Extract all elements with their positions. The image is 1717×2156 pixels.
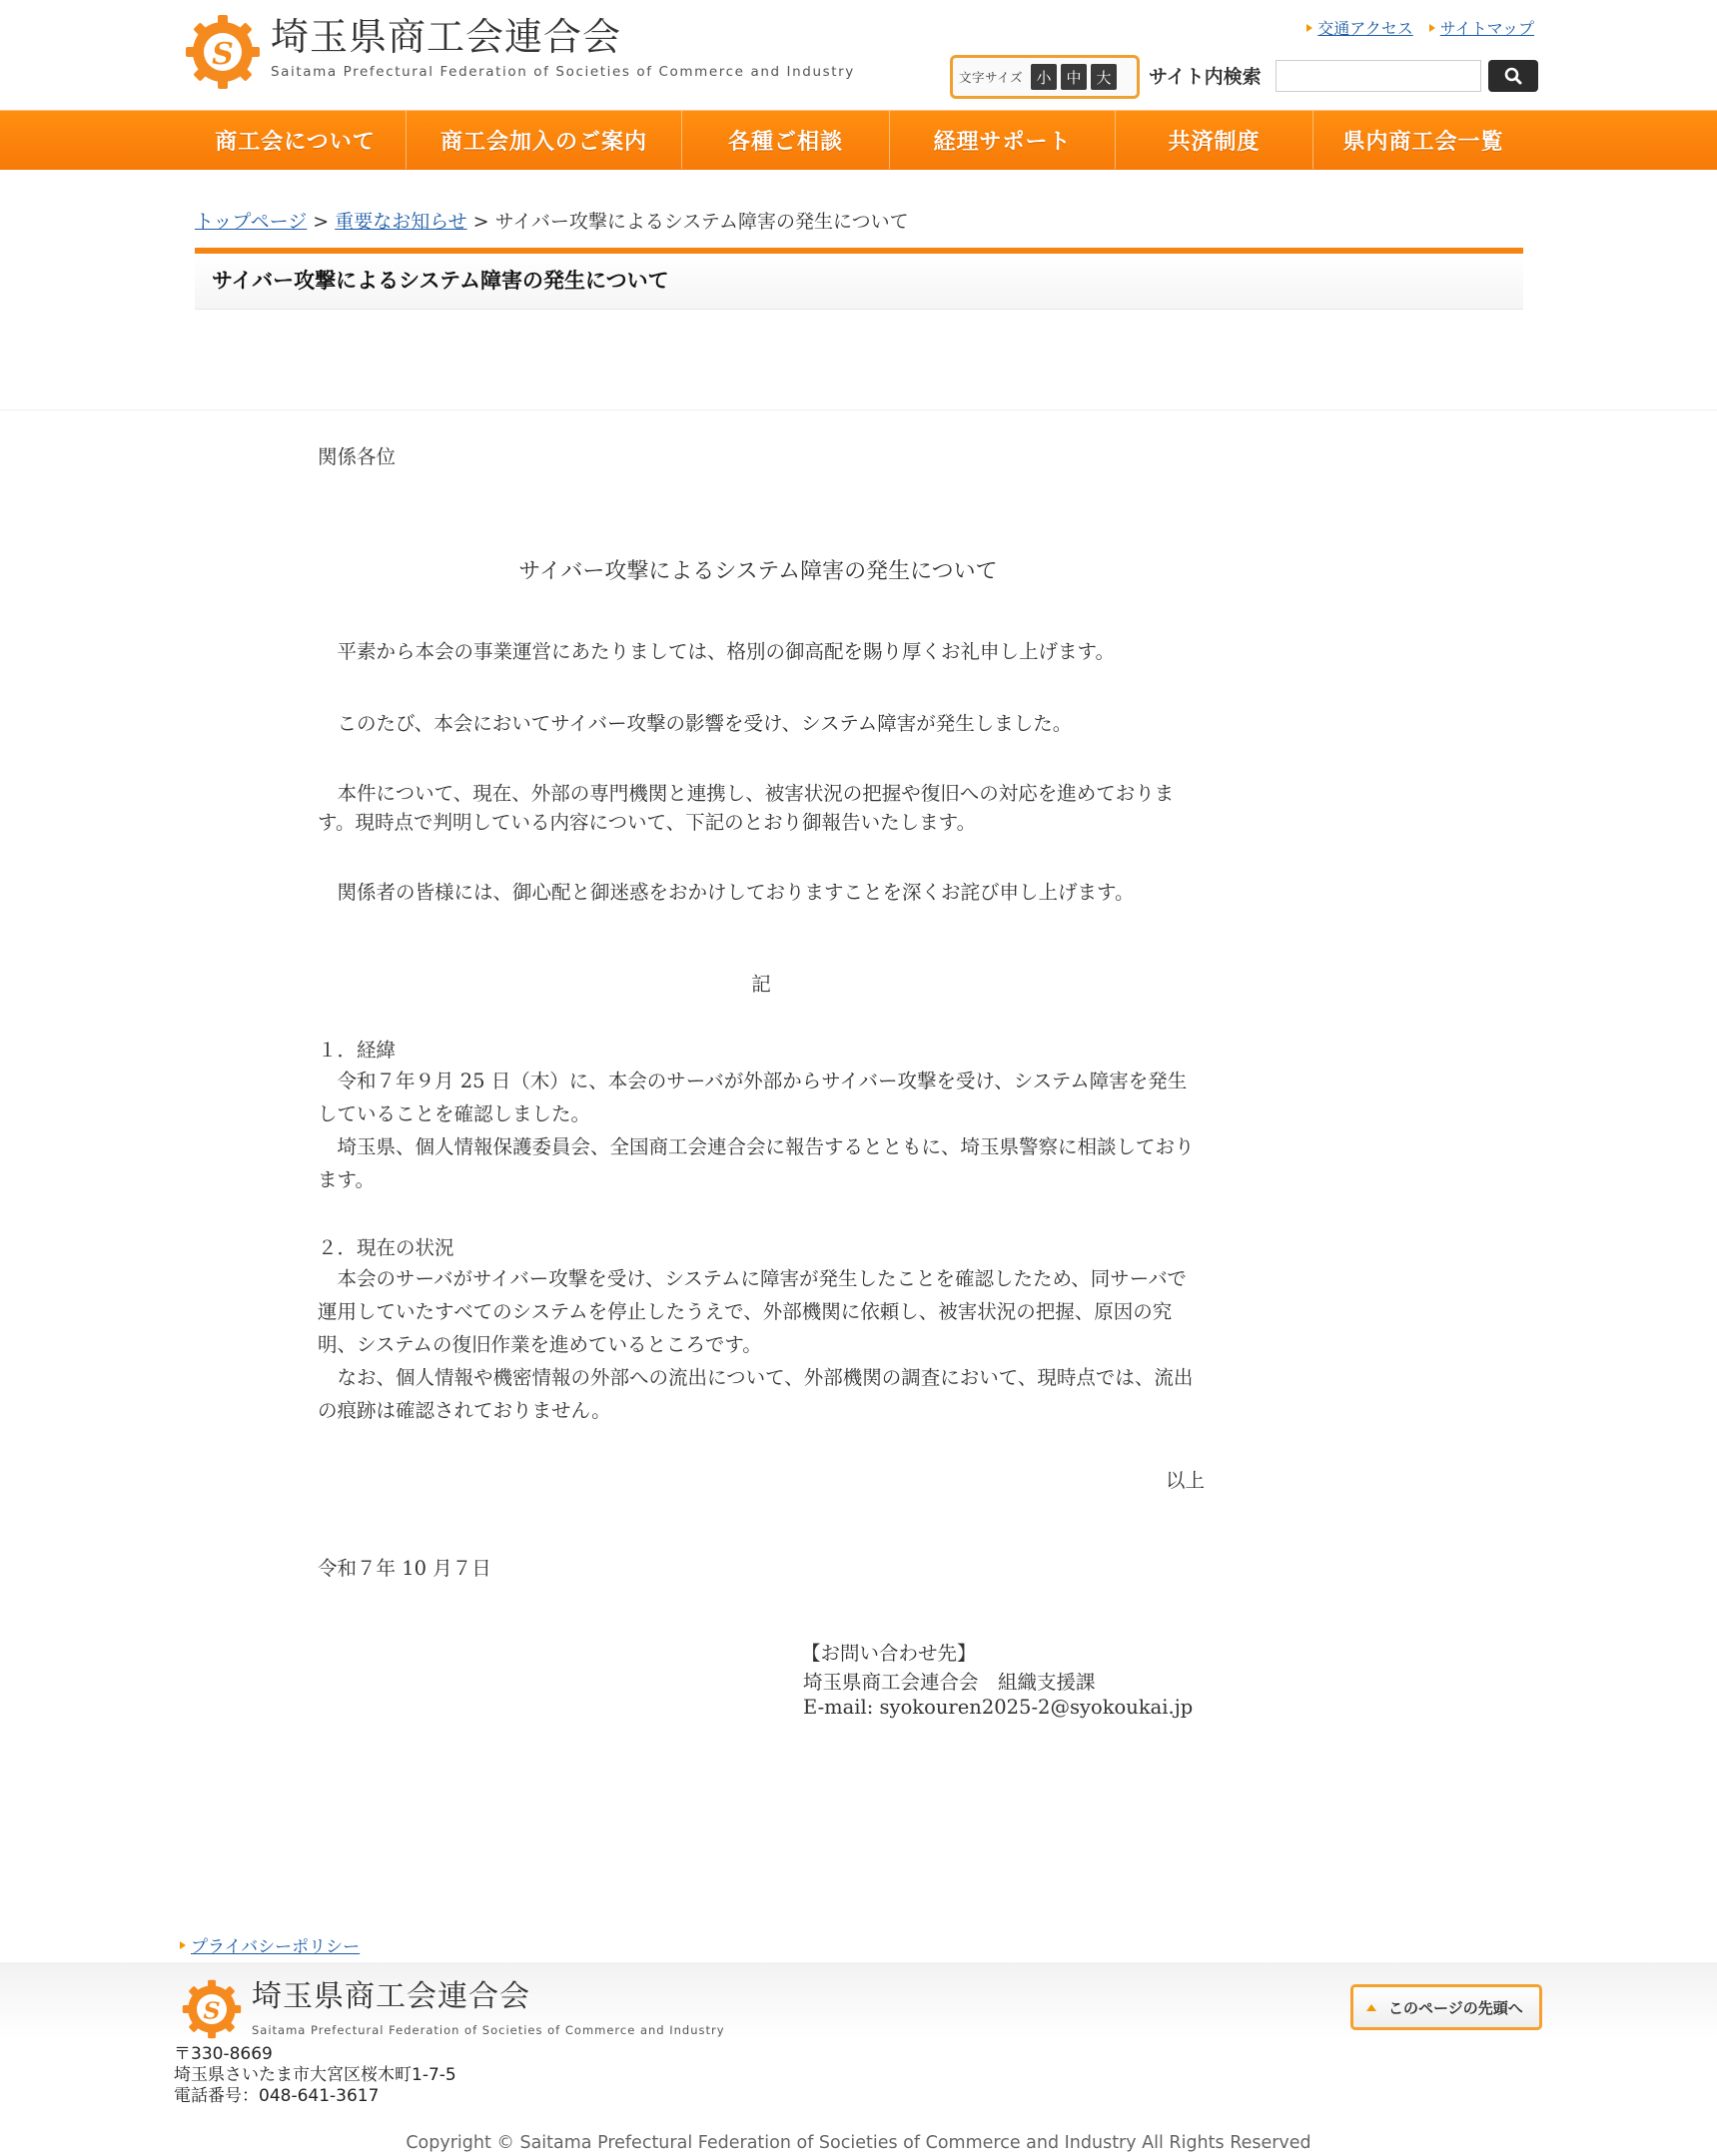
- paragraph-apology: 関係者の皆様には、御心配と御迷惑をおかけしておりますことを深くお詫び申し上げます…: [318, 878, 1205, 907]
- section1-paragraph-2: 埼玉県、個人情報保護委員会、全国商工会連合会に報告するとともに、埼玉県警察に相談…: [318, 1130, 1205, 1196]
- nav-item-mutual-aid[interactable]: 共済制度: [1116, 111, 1313, 169]
- section1-heading: １．経緯: [318, 1035, 396, 1063]
- breadcrumb-separator: >: [313, 211, 329, 233]
- breadcrumb-home-link[interactable]: トップページ: [195, 211, 307, 233]
- arrow-right-icon: [1429, 24, 1435, 32]
- font-size-switcher: 文字サイズ 小 中 大: [950, 55, 1140, 99]
- issue-date: 令和７年 10 月７日: [318, 1553, 491, 1581]
- font-size-large-button[interactable]: 大: [1091, 64, 1117, 90]
- postal-code: 〒330-8669: [174, 2044, 456, 2065]
- logo-subtitle: Saitama Prefectural Federation of Societ…: [271, 64, 855, 80]
- arrow-up-icon: [1366, 2004, 1376, 2011]
- gear-logo-icon: S: [185, 14, 261, 90]
- document-title: サイバー攻撃によるシステム障害の発生について: [315, 554, 1202, 585]
- paragraph-greeting: 平素から本会の事業運営にあたりましては、格別の御高配を賜り厚くお礼申し上げます。: [318, 636, 1115, 664]
- access-link[interactable]: 交通アクセス: [1306, 16, 1413, 39]
- page-title: サイバー攻撃によるシステム障害の発生について: [195, 254, 1523, 308]
- font-size-small-button[interactable]: 小: [1031, 64, 1057, 90]
- main-nav: 商工会について 商工会加入のご案内 各種ご相談 経理サポート 共済制度 県内商工…: [0, 110, 1717, 170]
- nav-item-local-societies[interactable]: 県内商工会一覧: [1313, 111, 1533, 169]
- search-label: サイト内検索: [1149, 62, 1262, 89]
- content-divider: [0, 409, 1717, 410]
- nav-item-accounting-support[interactable]: 経理サポート: [890, 111, 1116, 169]
- search-input[interactable]: [1276, 60, 1481, 92]
- site-header: S 埼玉県商工会連合会 Saitama Prefectural Federati…: [0, 0, 1717, 110]
- privacy-policy-link[interactable]: プライバシーポリシー: [191, 1932, 360, 1957]
- contact-heading: 【お問い合わせ先】: [801, 1638, 977, 1666]
- contact-email: E-mail: syokouren2025-2@syokoukai.jp: [803, 1696, 1193, 1719]
- section2-heading: ２．現在の状況: [318, 1232, 454, 1260]
- section1-paragraph-1: 令和７年９月 25 日（木）に、本会のサーバが外部からサイバー攻撃を受け、システ…: [318, 1065, 1205, 1130]
- footer-logo-subtitle: Saitama Prefectural Federation of Societ…: [252, 2023, 725, 2037]
- svg-text:S: S: [212, 37, 234, 72]
- breadcrumb-current: サイバー攻撃によるシステム障害の発生について: [495, 211, 909, 233]
- search-icon: [1503, 66, 1523, 86]
- logo-title: 埼玉県商工会連合会: [271, 14, 855, 60]
- copyright: Copyright © Saitama Prefectural Federati…: [0, 2133, 1717, 2153]
- site-logo[interactable]: S 埼玉県商工会連合会 Saitama Prefectural Federati…: [185, 14, 855, 90]
- ki-marker: 記: [318, 969, 1205, 997]
- paragraph-response: 本件について、現在、外部の専門機関と連携し、被害状況の把握や復旧への対応を進めて…: [318, 779, 1205, 837]
- back-to-top-button[interactable]: このページの先頭へ: [1350, 1984, 1542, 2030]
- privacy-link-wrapper: プライバシーポリシー: [180, 1932, 360, 1957]
- arrow-right-icon: [180, 1941, 186, 1949]
- nav-item-membership[interactable]: 商工会加入のご案内: [407, 111, 682, 169]
- street-address: 埼玉県さいたま市大宮区桜木町1-7-5: [174, 2065, 456, 2086]
- closing-ijo: 以上: [318, 1465, 1205, 1493]
- breadcrumb-separator: >: [473, 211, 489, 233]
- nav-item-consultation[interactable]: 各種ご相談: [682, 111, 890, 169]
- addressee: 関係各位: [318, 441, 396, 469]
- contact-organization: 埼玉県商工会連合会 組織支援課: [803, 1667, 1096, 1695]
- gear-logo-icon: S: [182, 1979, 242, 2039]
- page-title-bar: サイバー攻撃によるシステム障害の発生について: [195, 248, 1523, 310]
- svg-text:S: S: [203, 1996, 220, 2024]
- footer-logo: S 埼玉県商工会連合会 Saitama Prefectural Federati…: [182, 1979, 725, 2039]
- breadcrumb-notices-link[interactable]: 重要なお知らせ: [335, 211, 466, 233]
- section2-paragraph-1: 本会のサーバがサイバー攻撃を受け、システムに障害が発生したことを確認したため、同…: [318, 1262, 1205, 1361]
- footer-address: 〒330-8669 埼玉県さいたま市大宮区桜木町1-7-5 電話番号：048-6…: [174, 2044, 456, 2107]
- utility-links: 交通アクセス サイトマップ: [1306, 16, 1534, 39]
- nav-item-about[interactable]: 商工会について: [185, 111, 407, 169]
- font-size-medium-button[interactable]: 中: [1061, 64, 1087, 90]
- back-to-top-label: このページの先頭へ: [1388, 1997, 1523, 2018]
- footer-logo-title: 埼玉県商工会連合会: [252, 1979, 725, 2015]
- arrow-right-icon: [1306, 24, 1312, 32]
- breadcrumb: トップページ>重要なお知らせ>サイバー攻撃によるシステム障害の発生について: [195, 207, 909, 234]
- phone-number: 電話番号：048-641-3617: [174, 2086, 456, 2107]
- section2-paragraph-2: なお、個人情報や機密情報の外部への流出について、外部機関の調査において、現時点で…: [318, 1361, 1205, 1427]
- paragraph-incident: このたび、本会においてサイバー攻撃の影響を受け、システム障害が発生しました。: [318, 708, 1072, 736]
- sitemap-link[interactable]: サイトマップ: [1429, 16, 1534, 39]
- search-button[interactable]: [1488, 60, 1538, 92]
- font-size-label: 文字サイズ: [959, 68, 1023, 86]
